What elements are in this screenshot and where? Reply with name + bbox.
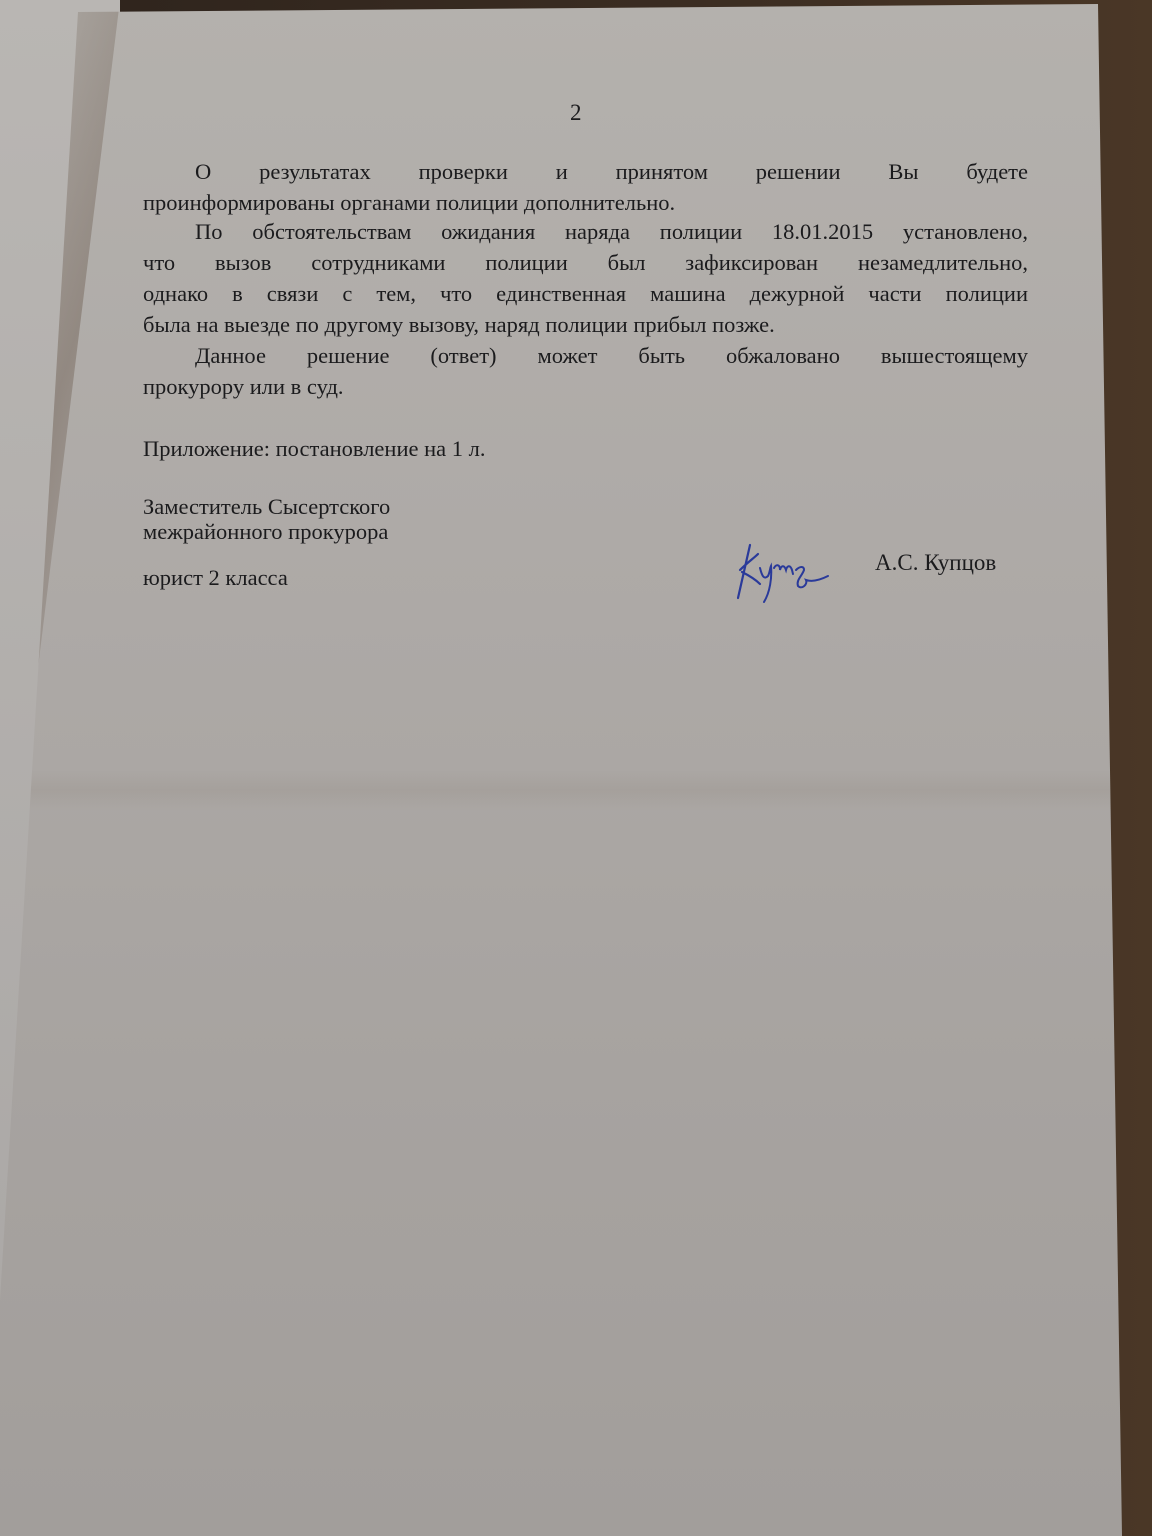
paragraph-police-circumstances: По обстоятельствам ожидания наряда полиц… bbox=[143, 216, 1028, 340]
paragraph-line: была на выезде по другому вызову, наряд … bbox=[143, 309, 1028, 340]
attachment-note: Приложение: постановление на 1 л. bbox=[143, 436, 485, 462]
paragraph-line: проинформированы органами полиции дополн… bbox=[143, 187, 1028, 218]
paragraph-line: О результатах проверки и принятом решени… bbox=[143, 156, 1028, 187]
signer-name: А.С. Купцов bbox=[875, 550, 996, 576]
paragraph-line: что вызов сотрудниками полиции был зафик… bbox=[143, 247, 1028, 278]
paragraph-line: прокурору или в суд. bbox=[143, 371, 1028, 402]
paragraph-result-notice: О результатах проверки и принятом решени… bbox=[143, 156, 1028, 218]
paragraph-line: однако в связи с тем, что единственная м… bbox=[143, 278, 1028, 309]
paragraph-line: Данное решение (ответ) может быть обжало… bbox=[143, 340, 1028, 371]
signer-title-line: Заместитель Сысертского bbox=[143, 494, 390, 519]
paragraph-appeal-notice: Данное решение (ответ) может быть обжало… bbox=[143, 340, 1028, 402]
page-number: 2 bbox=[570, 100, 582, 126]
handwritten-signature-icon bbox=[730, 540, 840, 615]
signer-title-line: межрайонного прокурора bbox=[143, 519, 390, 544]
paragraph-line: По обстоятельствам ожидания наряда полиц… bbox=[143, 216, 1028, 247]
signer-rank: юрист 2 класса bbox=[143, 565, 288, 591]
signer-title: Заместитель Сысертского межрайонного про… bbox=[143, 494, 390, 544]
